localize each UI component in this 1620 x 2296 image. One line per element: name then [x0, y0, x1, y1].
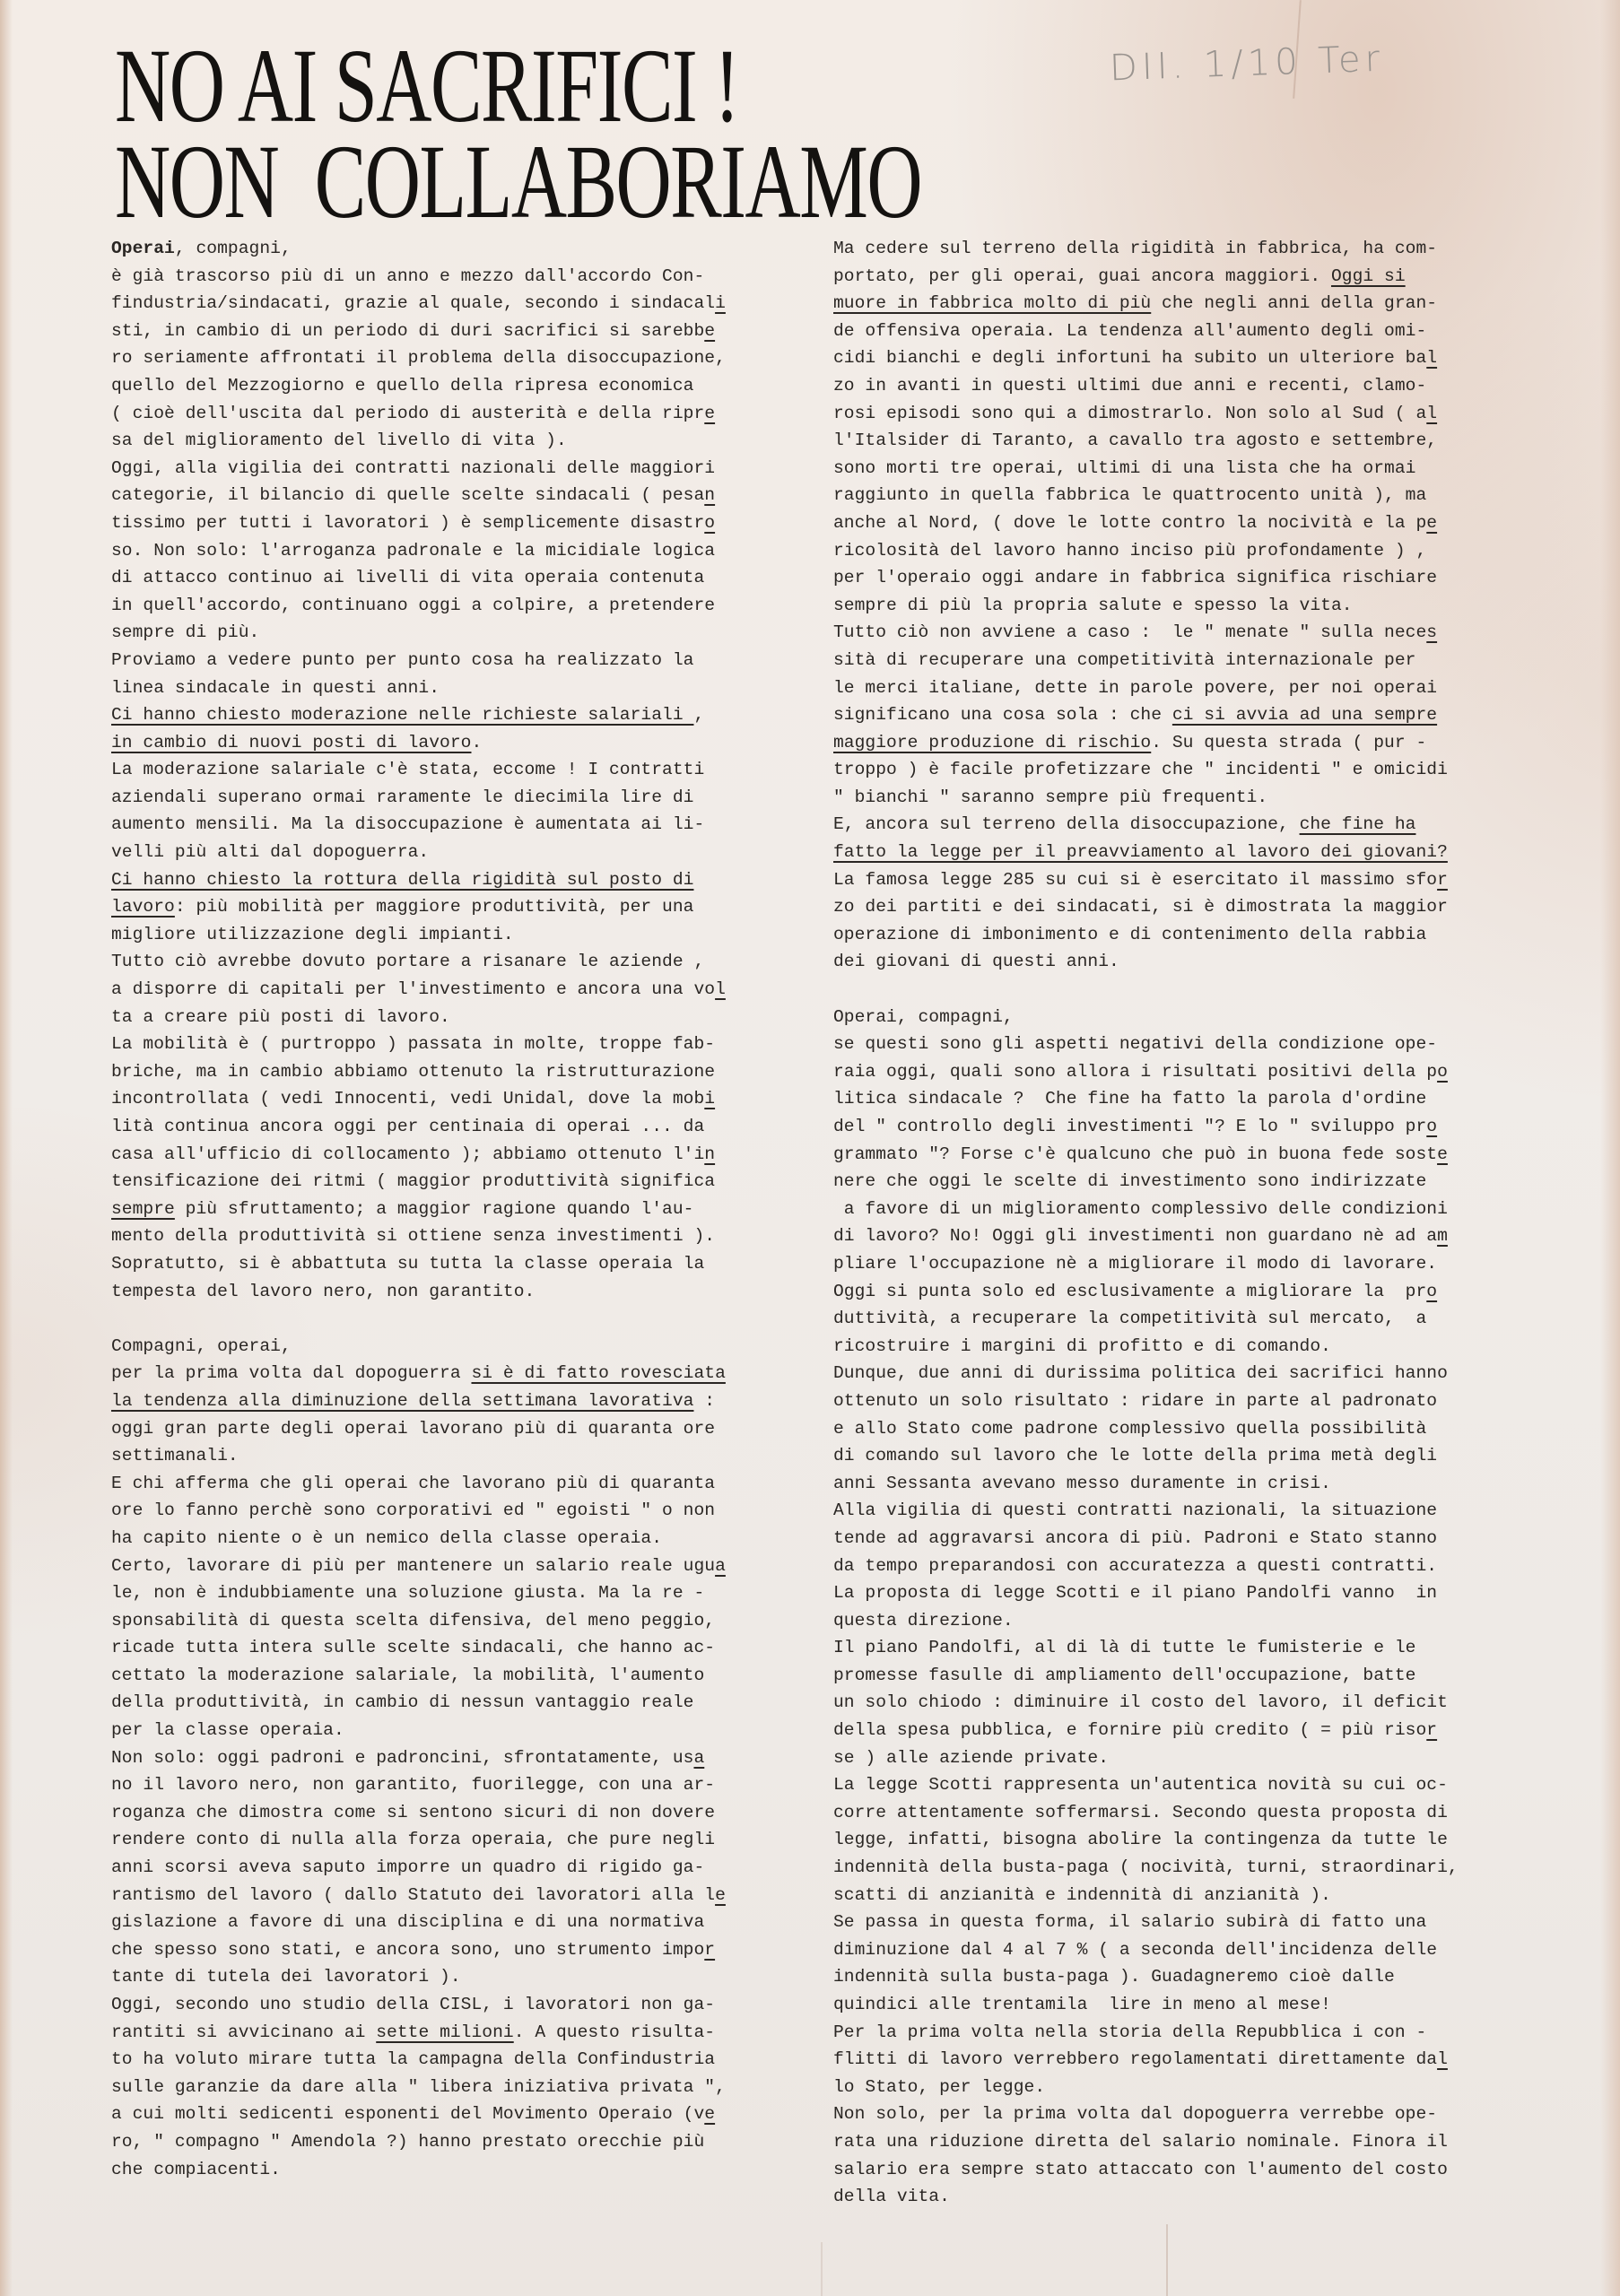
text-run: aziendali superano ormai raramente le di…: [111, 787, 693, 807]
text-line: indennità della busta-paga ( nocività, t…: [833, 1854, 1524, 1882]
paper-crease: [1166, 2224, 1168, 2296]
text-line: Il piano Pandolfi, al di là di tutte le …: [833, 1634, 1524, 1662]
text-run: La mobilità è ( purtroppo ) passata in m…: [111, 1034, 715, 1054]
underlined-text: r: [1437, 870, 1448, 890]
text-line: sempre più sfruttamento; a maggior ragio…: [111, 1196, 802, 1223]
text-run: casa all'ufficio di collocamento ); abbi…: [111, 1144, 704, 1164]
text-run: sità di recuperare una competitività int…: [833, 650, 1415, 670]
text-line: La famosa legge 285 su cui si è esercita…: [833, 866, 1524, 894]
text-line: sempre di più la propria salute e spesso…: [833, 592, 1524, 620]
text-line: se questi sono gli aspetti negativi dell…: [833, 1031, 1524, 1058]
text-line: Se passa in questa forma, il salario sub…: [833, 1909, 1524, 1936]
text-run: per la classe operaia.: [111, 1720, 344, 1740]
underlined-text: i: [715, 293, 726, 313]
text-column-left: Operai, compagni,è già trascorso più di …: [111, 235, 802, 2183]
underlined-text: i: [704, 1089, 715, 1109]
text-run: le, non è indubbiamente una soluzione gi…: [111, 1583, 704, 1603]
text-run: salario era sempre stato attaccato con l…: [833, 2160, 1448, 2179]
text-line: che compiacenti.: [111, 2156, 802, 2184]
text-line: tissimo per tutti i lavoratori ) è sempl…: [111, 509, 802, 537]
underlined-text: che fine ha: [1300, 814, 1416, 834]
text-run: se questi sono gli aspetti negativi dell…: [833, 1034, 1437, 1054]
text-run: flitti di lavoro verrebbero regolamentat…: [833, 2049, 1437, 2069]
text-run: anni Sessanta avevano messo duramente in…: [833, 1474, 1331, 1493]
text-line: sempre di più.: [111, 619, 802, 647]
text-run: indennità sulla busta-paga ). Guadagnere…: [833, 1967, 1395, 1987]
underlined-text: n: [704, 1144, 715, 1164]
text-run: ricostruire i margini di profitto e di c…: [833, 1336, 1331, 1356]
underlined-text: fatto la legge per il preavviamento al l…: [833, 842, 1448, 862]
text-line: rantiti si avvicinano ai sette milioni. …: [111, 2019, 802, 2047]
text-run: Compagni, operai,: [111, 1336, 292, 1356]
text-run: quindici alle trentamila lire in meno al…: [833, 1995, 1331, 2014]
text-run: briche, ma in cambio abbiamo ottenuto la…: [111, 1062, 715, 1082]
underlined-text: Ci hanno chiesto la rottura della rigidi…: [111, 870, 693, 890]
text-run: E chi afferma che gli operai che lavoran…: [111, 1474, 715, 1493]
text-run: sulle garanzie da dare alla " libera ini…: [111, 2077, 726, 2097]
underlined-text: o: [1426, 1282, 1437, 1301]
text-run: legge, infatti, bisogna abolire la conti…: [833, 1830, 1448, 1849]
underlined-text: Oggi si: [1331, 266, 1406, 286]
text-line: Dunque, due anni di durissima politica d…: [833, 1360, 1524, 1387]
text-run: diminuzione dal 4 al 7 % ( a seconda del…: [833, 1940, 1437, 1960]
text-run: ricade tutta intera sulle scelte sindaca…: [111, 1638, 715, 1657]
underlined-text: l: [1426, 404, 1437, 423]
text-line: Oggi si punta solo ed esclusivamente a m…: [833, 1278, 1524, 1306]
text-line: sti, in cambio di un periodo di duri sac…: [111, 317, 802, 345]
text-run: zo dei partiti e dei sindacati, si è dim…: [833, 897, 1448, 917]
text-line: l'Italsider di Taranto, a cavallo tra ag…: [833, 427, 1524, 455]
text-run: lità continua ancora oggi per centinaia …: [111, 1117, 704, 1136]
text-line: Per la prima volta nella storia della Re…: [833, 2019, 1524, 2047]
underlined-text: e: [1426, 513, 1437, 533]
text-run: promesse fasulle di ampliamento dell'occ…: [833, 1665, 1415, 1685]
text-run: raia oggi, quali sono allora i risultati…: [833, 1062, 1437, 1082]
text-line: ro seriamente affrontati il problema del…: [111, 344, 802, 372]
text-run: cettato la moderazione salariale, la mob…: [111, 1665, 704, 1685]
text-run: ta a creare più posti di lavoro.: [111, 1007, 450, 1027]
text-run: anni scorsi aveva saputo imporre un quad…: [111, 1857, 704, 1877]
text-run: : più mobilità per maggiore produttività…: [175, 897, 694, 917]
text-run: Non solo: oggi padroni e padroncini, sfr…: [111, 1748, 693, 1768]
text-line: de offensiva operaia. La tendenza all'au…: [833, 317, 1524, 345]
text-line: tende ad aggravarsi ancora di più. Padro…: [833, 1525, 1524, 1552]
text-run: migliore utilizzazione degli impianti.: [111, 925, 514, 944]
text-line: anche al Nord, ( dove le lotte contro la…: [833, 509, 1524, 537]
text-line: Oggi, alla vigilia dei contratti naziona…: [111, 455, 802, 483]
text-column-right: Ma cedere sul terreno della rigidità in …: [833, 235, 1524, 2211]
text-run: to ha voluto mirare tutta la campagna de…: [111, 2049, 715, 2069]
text-run: Proviamo a vedere punto per punto cosa h…: [111, 650, 693, 670]
text-line: migliore utilizzazione degli impianti.: [111, 921, 802, 949]
text-run: rendere conto di nulla alla forza operai…: [111, 1830, 715, 1849]
text-line: ro, " compagno " Amendola ?) hanno prest…: [111, 2128, 802, 2156]
underlined-text: o: [704, 513, 715, 533]
text-line: portato, per gli operai, guai ancora mag…: [833, 263, 1524, 291]
text-line: ottenuto un solo risultato : ridare in p…: [833, 1387, 1524, 1415]
text-run: quello del Mezzogiorno e quello della ri…: [111, 376, 693, 396]
text-line: casa all'ufficio di collocamento ); abbi…: [111, 1141, 802, 1169]
text-line: muore in fabbrica molto di più che negli…: [833, 290, 1524, 317]
text-line: categorie, il bilancio di quelle scelte …: [111, 482, 802, 509]
underlined-text: maggiore produzione di rischio: [833, 733, 1151, 752]
text-line: questa direzione.: [833, 1607, 1524, 1635]
text-run: Operai, compagni,: [833, 1007, 1014, 1027]
text-line: sità di recuperare una competitività int…: [833, 647, 1524, 674]
text-run: de offensiva operaia. La tendenza all'au…: [833, 321, 1426, 341]
text-line: legge, infatti, bisogna abolire la conti…: [833, 1826, 1524, 1854]
text-line: fatto la legge per il preavviamento al l…: [833, 839, 1524, 866]
text-run: ricolosità del lavoro hanno inciso più p…: [833, 541, 1426, 561]
underlined-text: ci si avvia ad una sempre: [1172, 705, 1437, 725]
text-run: sempre di più.: [111, 622, 259, 642]
text-run: cidi bianchi e degli infortuni ha subito…: [833, 348, 1426, 368]
text-run: ha capito niente o è un nemico della cla…: [111, 1528, 662, 1548]
text-run: della spesa pubblica, e fornire più cred…: [833, 1720, 1426, 1740]
text-line: sulle garanzie da dare alla " libera ini…: [111, 2074, 802, 2101]
text-line: Ci hanno chiesto la rottura della rigidi…: [111, 866, 802, 894]
text-line: Non solo, per la prima volta dal dopogue…: [833, 2100, 1524, 2128]
text-line: diminuzione dal 4 al 7 % ( a seconda del…: [833, 1936, 1524, 1964]
text-run: . Su questa strada ( pur -: [1151, 733, 1426, 752]
text-run: a favore di un miglioramento complessivo…: [833, 1199, 1448, 1219]
underlined-text: r: [1426, 1720, 1437, 1740]
text-line: ricade tutta intera sulle scelte sindaca…: [111, 1634, 802, 1662]
text-line: grammato "? Forse c'è qualcuno che può i…: [833, 1141, 1524, 1169]
text-line: lavoro: più mobilità per maggiore produt…: [111, 893, 802, 921]
text-line: dei giovani di questi anni.: [833, 948, 1524, 976]
text-run: dei giovani di questi anni.: [833, 952, 1119, 971]
text-line: roganza che dimostra come si sentono sic…: [111, 1799, 802, 1827]
underlined-text: o: [1426, 1117, 1437, 1136]
text-line: Certo, lavorare di più per mantenere un …: [111, 1552, 802, 1580]
underlined-text: in cambio di nuovi posti di lavoro: [111, 733, 471, 752]
text-run: per l'operaio oggi andare in fabbrica si…: [833, 568, 1437, 587]
text-line: ricostruire i margini di profitto e di c…: [833, 1333, 1524, 1361]
text-line: no il lavoro nero, non garantito, fuoril…: [111, 1771, 802, 1799]
text-run: La legge Scotti rappresenta un'autentica…: [833, 1775, 1448, 1795]
paper-edge-left: [0, 0, 13, 2296]
text-line: Operai, compagni,: [111, 235, 802, 263]
text-run: linea sindacale in questi anni.: [111, 678, 440, 698]
text-run: e allo Stato come padrone complessivo qu…: [833, 1419, 1426, 1439]
text-line: di lavoro? No! Oggi gli investimenti non…: [833, 1222, 1524, 1250]
text-run: più sfruttamento; a maggior ragione quan…: [175, 1199, 694, 1219]
text-line: [111, 1305, 802, 1333]
text-line: cidi bianchi e degli infortuni ha subito…: [833, 344, 1524, 372]
text-run: rantiti si avvicinano ai: [111, 2022, 376, 2042]
text-line: maggiore produzione di rischio. Su quest…: [833, 729, 1524, 757]
text-run: categorie, il bilancio di quelle scelte …: [111, 485, 704, 505]
text-run: E, ancora sul terreno della disoccupazio…: [833, 814, 1300, 834]
text-line: " bianchi " saranno sempre più frequenti…: [833, 784, 1524, 812]
text-line: lità continua ancora oggi per centinaia …: [111, 1113, 802, 1141]
text-line: findustria/sindacati, grazie al quale, s…: [111, 290, 802, 317]
text-line: della vita.: [833, 2183, 1524, 2211]
text-line: del " controllo degli investimenti "? E …: [833, 1113, 1524, 1141]
paper-fold: [821, 2242, 823, 2296]
text-run: Oggi, secondo uno studio della CISL, i l…: [111, 1995, 715, 2014]
text-line: lo Stato, per legge.: [833, 2074, 1524, 2101]
text-run: La proposta di legge Scotti e il piano P…: [833, 1583, 1437, 1603]
text-run: La famosa legge 285 su cui si è esercita…: [833, 870, 1437, 890]
text-line: salario era sempre stato attaccato con l…: [833, 2156, 1524, 2184]
text-run: Dunque, due anni di durissima politica d…: [833, 1363, 1448, 1383]
text-line: briche, ma in cambio abbiamo ottenuto la…: [111, 1058, 802, 1086]
text-line: corre attentamente soffermarsi. Secondo …: [833, 1799, 1524, 1827]
text-line: significano una cosa sola : che ci si av…: [833, 701, 1524, 729]
text-line: di attacco continuo ai livelli di vita o…: [111, 564, 802, 592]
text-line: tensificazione dei ritmi ( maggior produ…: [111, 1168, 802, 1196]
text-line: zo dei partiti e dei sindacati, si è dim…: [833, 893, 1524, 921]
text-run: oggi gran parte degli operai lavorano pi…: [111, 1419, 715, 1439]
text-run: lo Stato, per legge.: [833, 2077, 1045, 2097]
text-line: linea sindacale in questi anni.: [111, 674, 802, 702]
text-run: Non solo, per la prima volta dal dopogue…: [833, 2104, 1437, 2124]
underlined-text: a: [693, 1748, 704, 1768]
text-run: ,: [693, 705, 704, 725]
text-run: grammato "? Forse c'è qualcuno che può i…: [833, 1144, 1437, 1164]
underlined-text: Ci hanno chiesto moderazione nelle richi…: [111, 705, 693, 725]
text-run: litica sindacale ? Che fine ha fatto la …: [833, 1089, 1426, 1109]
text-run: incontrollata ( vedi Innocenti, vedi Uni…: [111, 1089, 704, 1109]
text-run: le merci italiane, dette in parole pover…: [833, 678, 1437, 698]
text-run: settimanali.: [111, 1446, 239, 1465]
text-line: in cambio di nuovi posti di lavoro.: [111, 729, 802, 757]
text-line: anni scorsi aveva saputo imporre un quad…: [111, 1854, 802, 1882]
underlined-text: e: [1437, 1144, 1448, 1164]
text-line: Ci hanno chiesto moderazione nelle richi…: [111, 701, 802, 729]
text-run: Il piano Pandolfi, al di là di tutte le …: [833, 1638, 1415, 1657]
text-line: settimanali.: [111, 1442, 802, 1470]
text-line: gislazione a favore di una disciplina e …: [111, 1909, 802, 1936]
text-run: scatti di anzianità e indennità di anzia…: [833, 1885, 1331, 1905]
text-line: sa del miglioramento del livello di vita…: [111, 427, 802, 455]
text-line: sponsabilità di questa scelta difensiva,…: [111, 1607, 802, 1635]
text-run: di comando sul lavoro che le lotte della…: [833, 1446, 1437, 1465]
text-run: Ma cedere sul terreno della rigidità in …: [833, 239, 1437, 258]
text-line: operazione di imbonimento e di contenime…: [833, 921, 1524, 949]
text-line: velli più alti dal dopoguerra.: [111, 839, 802, 866]
text-line: Proviamo a vedere punto per punto cosa h…: [111, 647, 802, 674]
text-line: le, non è indubbiamente una soluzione gi…: [111, 1579, 802, 1607]
text-line: Tutto ciò non avviene a caso : le " mena…: [833, 619, 1524, 647]
text-run: Tutto ciò non avviene a caso : le " mena…: [833, 622, 1426, 642]
underlined-text: l: [1426, 348, 1437, 368]
text-run: tante di tutela dei lavoratori ).: [111, 1967, 461, 1987]
text-run: La moderazione salariale c'è stata, ecco…: [111, 760, 704, 779]
text-line: per la classe operaia.: [111, 1717, 802, 1744]
text-line: della spesa pubblica, e fornire più cred…: [833, 1717, 1524, 1744]
underlined-text: e: [704, 321, 715, 341]
underlined-text: l: [1437, 2049, 1448, 2069]
text-line: indennità sulla busta-paga ). Guadagnere…: [833, 1963, 1524, 1991]
text-line: nere che oggi le scelte di investimento …: [833, 1168, 1524, 1196]
text-line: per la prima volta dal dopoguerra si è d…: [111, 1360, 802, 1387]
underlined-text: la tendenza alla diminuzione della setti…: [111, 1391, 693, 1411]
text-run: che compiacenti.: [111, 2160, 281, 2179]
underlined-text: muore in fabbrica molto di più: [833, 293, 1151, 313]
text-run: un solo chiodo : diminuire il costo del …: [833, 1692, 1448, 1712]
text-line: un solo chiodo : diminuire il costo del …: [833, 1689, 1524, 1717]
text-line: zo in avanti in questi ultimi due anni e…: [833, 372, 1524, 400]
underlined-text: e: [704, 2104, 715, 2124]
paper-edge-right: [1600, 0, 1620, 2296]
text-run: sti, in cambio di un periodo di duri sac…: [111, 321, 704, 341]
text-run: da tempo preparandosi con accuratezza a …: [833, 1556, 1437, 1576]
text-line: ta a creare più posti di lavoro.: [111, 1004, 802, 1031]
text-line: raggiunto in quella fabbrica le quattroc…: [833, 482, 1524, 509]
text-line: tante di tutela dei lavoratori ).: [111, 1963, 802, 1991]
text-run: Se passa in questa forma, il salario sub…: [833, 1912, 1426, 1932]
headline-line-2: NON COLLABORIAMO: [115, 121, 921, 243]
text-run: significano una cosa sola : che: [833, 705, 1172, 725]
text-line: so. Non solo: l'arroganza padronale e la…: [111, 537, 802, 565]
text-line: quindici alle trentamila lire in meno al…: [833, 1991, 1524, 2019]
text-line: ore lo fanno perchè sono corporativi ed …: [111, 1497, 802, 1525]
underlined-text: si è di fatto rovesciata: [471, 1363, 725, 1383]
text-run: che spesso sono stati, e ancora sono, un…: [111, 1940, 704, 1960]
underlined-text: l: [715, 979, 726, 999]
text-run: per la prima volta dal dopoguerra: [111, 1363, 471, 1383]
text-line: ( cioè dell'uscita dal periodo di auster…: [111, 400, 802, 428]
text-run: del " controllo degli investimenti "? E …: [833, 1117, 1426, 1136]
text-run: nere che oggi le scelte di investimento …: [833, 1171, 1426, 1191]
text-run: findustria/sindacati, grazie al quale, s…: [111, 293, 715, 313]
text-line: per l'operaio oggi andare in fabbrica si…: [833, 564, 1524, 592]
text-line: flitti di lavoro verrebbero regolamentat…: [833, 2046, 1524, 2074]
text-line: rendere conto di nulla alla forza operai…: [111, 1826, 802, 1854]
text-run: tende ad aggravarsi ancora di più. Padro…: [833, 1528, 1437, 1548]
text-line: ricolosità del lavoro hanno inciso più p…: [833, 537, 1524, 565]
text-line: di comando sul lavoro che le lotte della…: [833, 1442, 1524, 1470]
text-line: anni Sessanta avevano messo duramente in…: [833, 1470, 1524, 1498]
text-line: da tempo preparandosi con accuratezza a …: [833, 1552, 1524, 1580]
text-line: sono morti tre operai, ultimi di una lis…: [833, 455, 1524, 483]
text-run: se ) alle aziende private.: [833, 1748, 1109, 1768]
text-run: Sopratutto, si è abbattuta su tutta la c…: [111, 1254, 704, 1274]
text-line: è già trascorso più di un anno e mezzo d…: [111, 263, 802, 291]
text-line: Compagni, operai,: [111, 1333, 802, 1361]
text-run: Oggi, alla vigilia dei contratti naziona…: [111, 458, 715, 478]
text-run: questa direzione.: [833, 1611, 1014, 1631]
text-run: .: [471, 733, 482, 752]
text-line: La moderazione salariale c'è stata, ecco…: [111, 756, 802, 784]
underlined-text: sette milioni: [376, 2022, 514, 2042]
text-run: sempre di più la propria salute e spesso…: [833, 596, 1353, 615]
text-run: gislazione a favore di una disciplina e …: [111, 1912, 704, 1932]
text-line: rantismo del lavoro ( dallo Statuto dei …: [111, 1882, 802, 1909]
text-line: rosi episodi sono qui a dimostrarlo. Non…: [833, 400, 1524, 428]
text-run: Oggi si punta solo ed esclusivamente a m…: [833, 1282, 1426, 1301]
text-run: Per la prima volta nella storia della Re…: [833, 2022, 1426, 2042]
text-line: in quell'accordo, continuano oggi a colp…: [111, 592, 802, 620]
text-run: pliare l'occupazione nè a migliorare il …: [833, 1254, 1437, 1274]
underlined-text: lavoro: [111, 897, 175, 917]
underlined-text: sempre: [111, 1199, 175, 1219]
text-run: Alla vigilia di questi contratti naziona…: [833, 1500, 1437, 1520]
text-line: mento della produttività si ottiene senz…: [111, 1222, 802, 1250]
text-run: di attacco continuo ai livelli di vita o…: [111, 568, 704, 587]
underlined-text: e: [715, 1885, 726, 1905]
text-line: Tutto ciò avrebbe dovuto portare a risan…: [111, 948, 802, 976]
text-run: . A questo risulta-: [514, 2022, 715, 2042]
text-run: tempesta del lavoro nero, non garantito.: [111, 1282, 535, 1301]
text-run: tissimo per tutti i lavoratori ) è sempl…: [111, 513, 704, 533]
text-line: cettato la moderazione salariale, la mob…: [111, 1662, 802, 1690]
text-run: sponsabilità di questa scelta difensiva,…: [111, 1611, 715, 1631]
text-run: di lavoro? No! Oggi gli investimenti non…: [833, 1226, 1437, 1246]
text-line: tempesta del lavoro nero, non garantito.: [111, 1278, 802, 1306]
text-run: :: [693, 1391, 715, 1411]
text-run: no il lavoro nero, non garantito, fuoril…: [111, 1775, 715, 1795]
text-line: La proposta di legge Scotti e il piano P…: [833, 1579, 1524, 1607]
underlined-text: o: [1437, 1062, 1448, 1082]
text-run: ottenuto un solo risultato : ridare in p…: [833, 1391, 1437, 1411]
text-line: a disporre di capitali per l'investiment…: [111, 976, 802, 1004]
text-line: Oggi, secondo uno studio della CISL, i l…: [111, 1991, 802, 2019]
text-run: roganza che dimostra come si sentono sic…: [111, 1803, 715, 1822]
text-line: quello del Mezzogiorno e quello della ri…: [111, 372, 802, 400]
text-line: raia oggi, quali sono allora i risultati…: [833, 1058, 1524, 1086]
text-run: velli più alti dal dopoguerra.: [111, 842, 429, 862]
text-run: duttività, a recuperare la competitività…: [833, 1309, 1426, 1328]
underlined-text: n: [704, 485, 715, 505]
text-run: operazione di imbonimento e di contenime…: [833, 925, 1426, 944]
text-line: Non solo: oggi padroni e padroncini, sfr…: [111, 1744, 802, 1772]
text-line: la tendenza alla diminuzione della setti…: [111, 1387, 802, 1415]
text-line: e allo Stato come padrone complessivo qu…: [833, 1415, 1524, 1443]
text-run: Certo, lavorare di più per mantenere un …: [111, 1556, 715, 1576]
text-run: ( cioè dell'uscita dal periodo di auster…: [111, 404, 704, 423]
text-line: E, ancora sul terreno della disoccupazio…: [833, 811, 1524, 839]
text-line: a favore di un miglioramento complessivo…: [833, 1196, 1524, 1223]
text-run: a cui molti sedicenti esponenti del Movi…: [111, 2104, 704, 2124]
text-run: mento della produttività si ottiene senz…: [111, 1226, 715, 1246]
underlined-text: s: [1426, 622, 1437, 642]
text-line: se ) alle aziende private.: [833, 1744, 1524, 1772]
text-line: Alla vigilia di questi contratti naziona…: [833, 1497, 1524, 1525]
text-run: è già trascorso più di un anno e mezzo d…: [111, 266, 704, 286]
text-run: tensificazione dei ritmi ( maggior produ…: [111, 1171, 715, 1191]
text-run: sa del miglioramento del livello di vita…: [111, 430, 567, 450]
text-line: La legge Scotti rappresenta un'autentica…: [833, 1771, 1524, 1799]
text-line: to ha voluto mirare tutta la campagna de…: [111, 2046, 802, 2074]
text-line: litica sindacale ? Che fine ha fatto la …: [833, 1085, 1524, 1113]
text-run: " bianchi " saranno sempre più frequenti…: [833, 787, 1267, 807]
text-run: sono morti tre operai, ultimi di una lis…: [833, 458, 1415, 478]
text-line: scatti di anzianità e indennità di anzia…: [833, 1882, 1524, 1909]
text-run: portato, per gli operai, guai ancora mag…: [833, 266, 1331, 286]
text-line: ha capito niente o è un nemico della cla…: [111, 1525, 802, 1552]
text-run: corre attentamente soffermarsi. Secondo …: [833, 1803, 1448, 1822]
text-line: aziendali superano ormai raramente le di…: [111, 784, 802, 812]
text-run: della produttività, in cambio di nessun …: [111, 1692, 693, 1712]
text-run: aumento mensili. Ma la disoccupazione è …: [111, 814, 704, 834]
text-run: Tutto ciò avrebbe dovuto portare a risan…: [111, 952, 704, 971]
text-run: anche al Nord, ( dove le lotte contro la…: [833, 513, 1426, 533]
text-run: ore lo fanno perchè sono corporativi ed …: [111, 1500, 715, 1520]
text-run: l'Italsider di Taranto, a cavallo tra ag…: [833, 430, 1437, 450]
text-run: indennità della busta-paga ( nocività, t…: [833, 1857, 1459, 1877]
text-line: incontrollata ( vedi Innocenti, vedi Uni…: [111, 1085, 802, 1113]
text-run: troppo ) è facile profetizzare che " inc…: [833, 760, 1448, 779]
text-run: so. Non solo: l'arroganza padronale e la…: [111, 541, 715, 561]
text-run: raggiunto in quella fabbrica le quattroc…: [833, 485, 1426, 505]
text-line: che spesso sono stati, e ancora sono, un…: [111, 1936, 802, 1964]
text-run: in quell'accordo, continuano oggi a colp…: [111, 596, 715, 615]
text-run: zo in avanti in questi ultimi due anni e…: [833, 376, 1426, 396]
